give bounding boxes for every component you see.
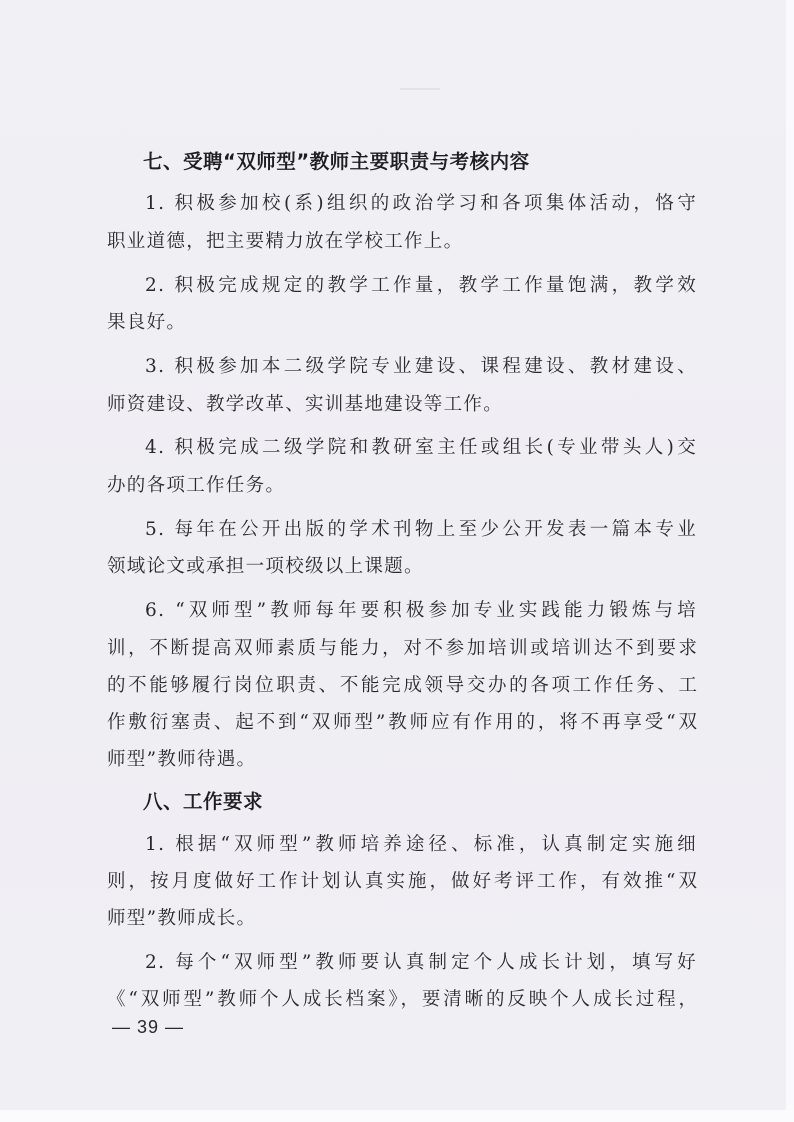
paragraph-line: 师型”教师待遇。 (107, 748, 697, 772)
paragraph-line: 则，按月度做好工作计划认真实施，做好考评工作，有效推“双 (107, 870, 697, 894)
paragraph-line: 4. 积极完成二级学院和教研室主任或组长(专业带头人)交 (145, 436, 697, 460)
paragraph-line: 师资建设、教学改革、实训基地建设等工作。 (107, 393, 697, 417)
scan-edge-bottom (0, 1110, 794, 1122)
page-number: — 39 — (112, 1017, 184, 1038)
section-heading-7: 七、受聘“双师型”教师主要职责与考核内容 (143, 150, 733, 174)
scan-edge-right (786, 0, 794, 1122)
paragraph-line: 2. 积极完成规定的教学工作量，教学工作量饱满，教学效 (145, 274, 697, 298)
paragraph-line: 作敷衍塞责、起不到“双师型”教师应有作用的，将不再享受“双 (107, 711, 697, 735)
paragraph-line: 1. 根据“双师型”教师培养途径、标准，认真制定实施细 (145, 833, 697, 857)
paragraph-line: 1. 积极参加校(系)组织的政治学习和各项集体活动，恪守 (145, 192, 697, 216)
document-page: 七、受聘“双师型”教师主要职责与考核内容 1. 积极参加校(系)组织的政治学习和… (0, 0, 794, 1122)
paragraph-line: 2. 每个“双师型”教师要认真制定个人成长计划，填写好 (145, 951, 697, 975)
paragraph-line: 3. 积极参加本二级学院专业建设、课程建设、教材建设、 (145, 355, 697, 379)
paragraph-line: 5. 每年在公开出版的学术刊物上至少公开发表一篇本专业 (145, 518, 697, 542)
paragraph-line: 职业道德，把主要精力放在学校工作上。 (107, 230, 697, 254)
paragraph-line: 领域论文或承担一项校级以上课题。 (107, 555, 697, 579)
paragraph-line: 《“双师型”教师个人成长档案》，要清晰的反映个人成长过程， (107, 988, 697, 1012)
paragraph-line: 的不能够履行岗位职责、不能完成领导交办的各项工作任务、工 (107, 674, 697, 698)
paragraph-line: 果良好。 (107, 311, 697, 335)
paragraph-line: 6. “双师型”教师每年要积极参加专业实践能力锻炼与培 (145, 599, 697, 623)
scan-artifact (400, 88, 440, 90)
paragraph-line: 训，不断提高双师素质与能力，对不参加培训或培训达不到要求 (107, 637, 697, 661)
paragraph-line: 师型”教师成长。 (107, 907, 697, 931)
section-heading-8: 八、工作要求 (143, 790, 733, 814)
paragraph-line: 办的各项工作任务。 (107, 474, 697, 498)
